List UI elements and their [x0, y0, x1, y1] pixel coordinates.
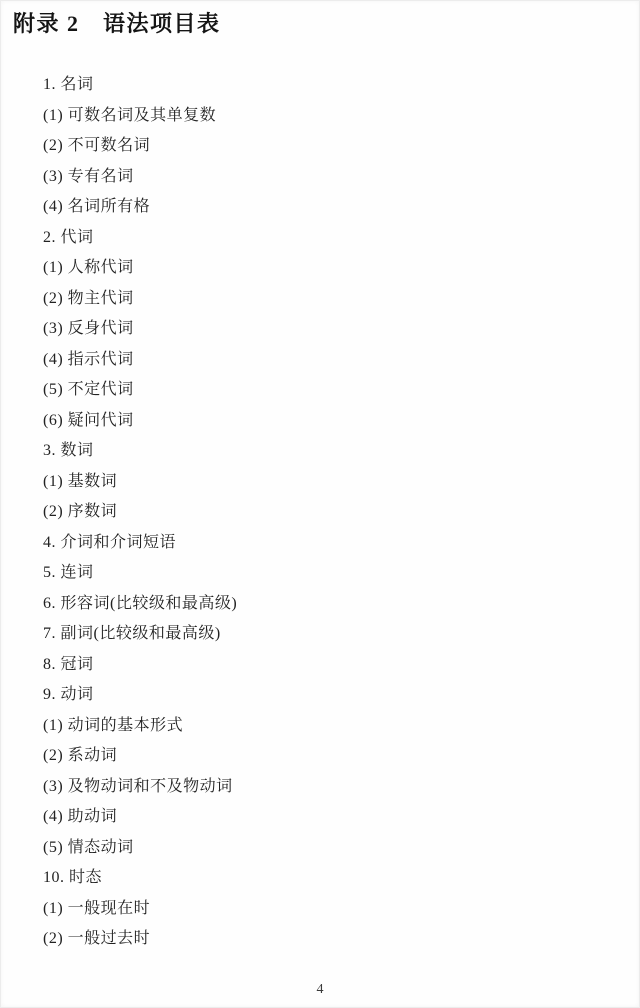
grammar-item: 10. 时态	[43, 863, 624, 894]
document-page: 附录 2 语法项目表 1. 名词 (1) 可数名词及其单复数 (2) 不可数名词…	[0, 0, 640, 1008]
grammar-item: (2) 序数词	[43, 497, 624, 528]
page-title: 附录 2 语法项目表	[13, 7, 221, 38]
grammar-item: (5) 不定代词	[43, 375, 624, 406]
grammar-item: (2) 不可数名词	[43, 131, 624, 162]
grammar-item: 3. 数词	[43, 436, 624, 467]
grammar-item: 6. 形容词(比较级和最高级)	[43, 589, 624, 620]
grammar-item: (3) 及物动词和不及物动词	[43, 772, 624, 803]
grammar-item: (3) 反身代词	[43, 314, 624, 345]
grammar-item: (2) 系动词	[43, 741, 624, 772]
grammar-item: (1) 一般现在时	[43, 894, 624, 925]
grammar-item: (4) 助动词	[43, 802, 624, 833]
grammar-item: 8. 冠词	[43, 650, 624, 681]
grammar-item: (2) 物主代词	[43, 284, 624, 315]
grammar-item-list: 1. 名词 (1) 可数名词及其单复数 (2) 不可数名词 (3) 专有名词 (…	[43, 70, 624, 955]
grammar-item: (1) 人称代词	[43, 253, 624, 284]
grammar-item: (2) 一般过去时	[43, 924, 624, 955]
grammar-item: (4) 指示代词	[43, 345, 624, 376]
grammar-item: (4) 名词所有格	[43, 192, 624, 223]
grammar-item: (1) 动词的基本形式	[43, 711, 624, 742]
grammar-item: 4. 介词和介词短语	[43, 528, 624, 559]
grammar-item: (5) 情态动词	[43, 833, 624, 864]
grammar-item: 5. 连词	[43, 558, 624, 589]
grammar-item: (6) 疑问代词	[43, 406, 624, 437]
grammar-item: 9. 动词	[43, 680, 624, 711]
grammar-item: 2. 代词	[43, 223, 624, 254]
grammar-item: (3) 专有名词	[43, 162, 624, 193]
grammar-item: 1. 名词	[43, 70, 624, 101]
grammar-item: (1) 基数词	[43, 467, 624, 498]
grammar-item: 7. 副词(比较级和最高级)	[43, 619, 624, 650]
page-number: 4	[0, 982, 640, 998]
grammar-item: (1) 可数名词及其单复数	[43, 101, 624, 132]
